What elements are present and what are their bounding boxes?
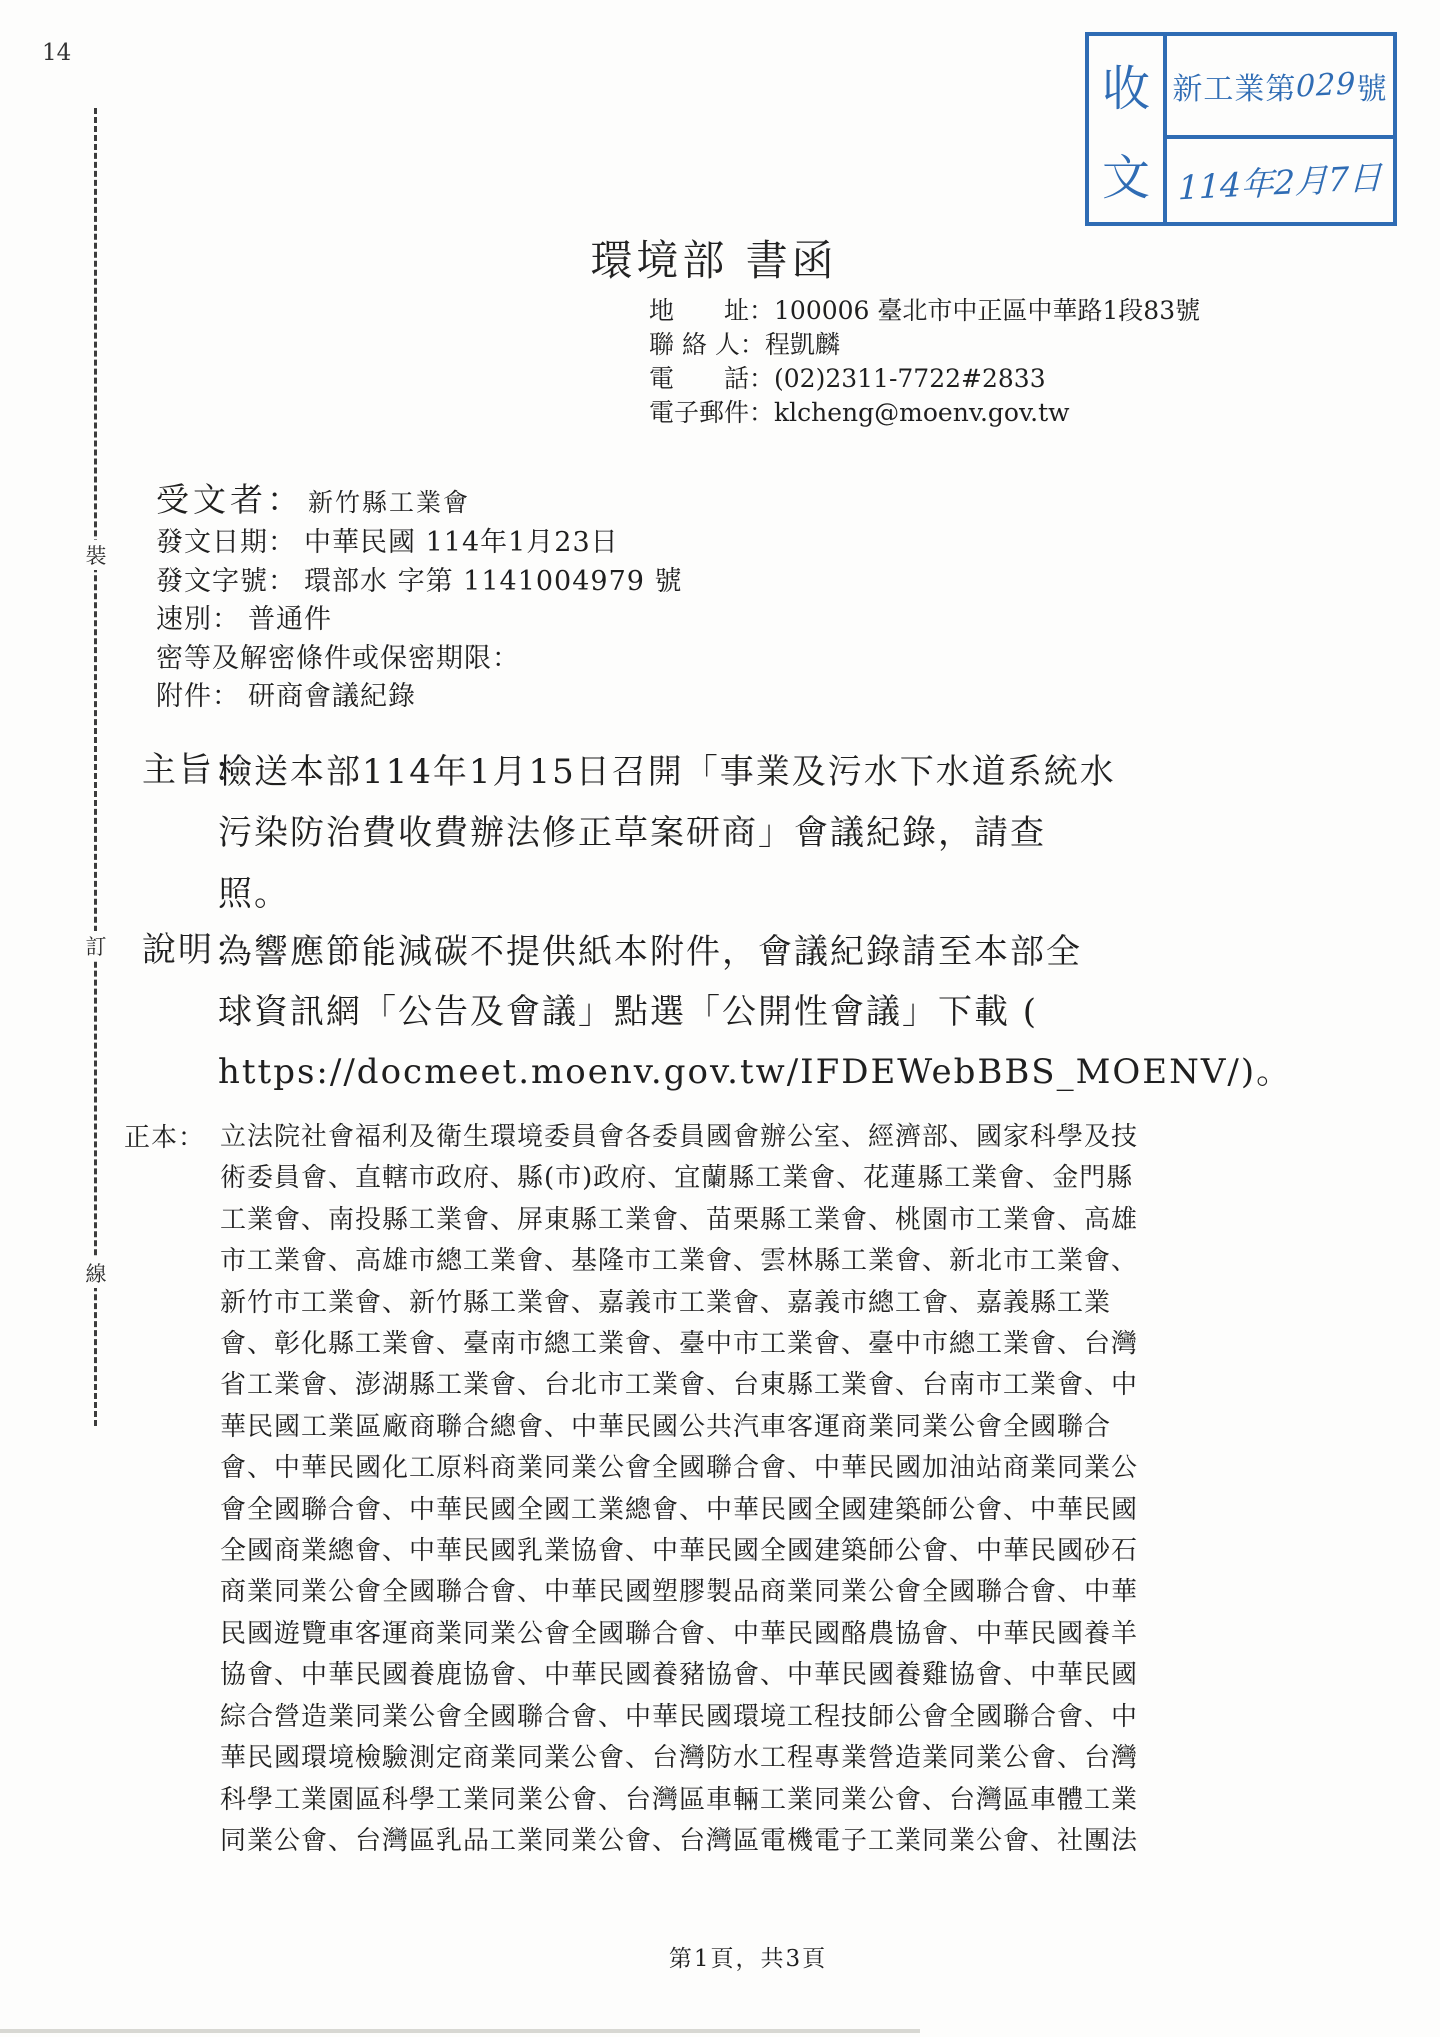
phone-label: 電 話： bbox=[649, 362, 774, 396]
speed-value: 普通件 bbox=[248, 604, 332, 635]
address-value: 100006 臺北市中正區中華路1段83號 bbox=[774, 296, 1200, 325]
page-footer: 第1頁，共3頁 bbox=[0, 1940, 1440, 1973]
copies-line: 華民國工業區廠商聯合總會、中華民國公共汽車客運商業同業公會全國聯合 bbox=[220, 1407, 1138, 1448]
attachment-label: 附件： bbox=[156, 681, 240, 712]
issue-date-value: 中華民國 114年1月23日 bbox=[304, 527, 619, 558]
meta-row-issue-date: 發文日期：中華民國 114年1月23日 bbox=[156, 524, 683, 563]
copies-line: 會、彰化縣工業會、臺南市總工業會、臺中市工業會、臺中市總工業會、台灣 bbox=[220, 1324, 1138, 1365]
subject-line: 檢送本部114年1月15日召開「事業及污水下水道系統水 bbox=[218, 742, 1116, 803]
meta-row-speed: 速別：普通件 bbox=[156, 601, 683, 640]
copies-line: 協會、中華民國養鹿協會、中華民國養豬協會、中華民國養雞協會、中華民國 bbox=[220, 1655, 1138, 1696]
recipient-value: 新竹縣工業會 bbox=[308, 488, 470, 517]
phone-value: (02)2311-7722#2833 bbox=[774, 364, 1046, 393]
recipient-label: 受文者： bbox=[156, 480, 304, 519]
copies-section: 正本： 立法院社會福利及衛生環境委員會各委員國會辦公室、經濟部、國家科學及技術委… bbox=[124, 1117, 1138, 1862]
binding-mark-zhuang: 裝 bbox=[80, 540, 112, 570]
meta-row-attachment: 附件：研商會議紀錄 bbox=[156, 678, 683, 717]
description-section: 說明： 為響應節能減碳不提供紙本附件，會議紀錄請至本部全球資訊網「公告及會議」點… bbox=[142, 922, 1292, 1102]
copies-line: 新竹市工業會、新竹縣工業會、嘉義市工業會、嘉義市總工會、嘉義縣工業 bbox=[220, 1283, 1138, 1324]
description-line: 球資訊網「公告及會議」點選「公開性會議」下載 ( bbox=[218, 982, 1292, 1042]
meta-row-security: 密等及解密條件或保密期限： bbox=[156, 640, 683, 679]
document-title: 環境部 書函 bbox=[0, 228, 1428, 288]
copies-line: 工業會、南投縣工業會、屏東縣工業會、苗栗縣工業會、桃園市工業會、高雄 bbox=[220, 1200, 1138, 1241]
received-stamp: 收 文 新工業第 029 號 114年2月7日 bbox=[1085, 32, 1397, 226]
stamp-number-prefix: 新工業第 bbox=[1172, 64, 1296, 108]
copies-lines: 立法院社會福利及衛生環境委員會各委員國會辦公室、經濟部、國家科學及技術委員會、直… bbox=[220, 1117, 1138, 1862]
stamp-label-bottom: 文 bbox=[1102, 139, 1150, 208]
attachment-value: 研商會議紀錄 bbox=[248, 681, 416, 712]
copies-line: 綜合營造業同業公會全國聯合會、中華民國環境工程技師公會全國聯合會、中 bbox=[220, 1697, 1138, 1738]
binding-mark-ding: 訂 bbox=[80, 931, 112, 961]
description-line: https://docmeet.moenv.gov.tw/IFDEWebBBS_… bbox=[218, 1042, 1292, 1102]
subject-lines: 檢送本部114年1月15日召開「事業及污水下水道系統水污染防治費收費辦法修正草案… bbox=[218, 742, 1116, 925]
contact-row-person: 聯 絡 人：程凱麟 bbox=[649, 328, 1200, 362]
description-lines: 為響應節能減碳不提供紙本附件，會議紀錄請至本部全球資訊網「公告及會議」點選「公開… bbox=[218, 922, 1292, 1102]
subject-label: 主旨： bbox=[142, 742, 250, 791]
copies-line: 術委員會、直轄市政府、縣(市)政府、宜蘭縣工業會、花蓮縣工業會、金門縣 bbox=[220, 1158, 1138, 1199]
stamp-right-panel: 新工業第 029 號 114年2月7日 bbox=[1167, 36, 1393, 222]
contact-person-label: 聯 絡 人： bbox=[649, 328, 765, 362]
contact-row-address: 地 址：100006 臺北市中正區中華路1段83號 bbox=[649, 294, 1200, 328]
contact-block: 地 址：100006 臺北市中正區中華路1段83號 聯 絡 人：程凱麟 電 話：… bbox=[649, 294, 1200, 430]
recipient-row: 受文者：新竹縣工業會 bbox=[156, 474, 470, 521]
doc-number-value: 環部水 字第 1141004979 號 bbox=[304, 566, 683, 597]
stamp-date-row: 114年2月7日 bbox=[1167, 139, 1393, 222]
copies-line: 市工業會、高雄市總工業會、基隆市工業會、雲林縣工業會、新北市工業會、 bbox=[220, 1241, 1138, 1282]
stamp-label-top: 收 bbox=[1102, 50, 1150, 119]
contact-row-phone: 電 話：(02)2311-7722#2833 bbox=[649, 362, 1200, 396]
address-label: 地 址： bbox=[649, 294, 774, 328]
email-label: 電子郵件： bbox=[649, 396, 774, 430]
meta-block: 發文日期：中華民國 114年1月23日 發文字號：環部水 字第 11410049… bbox=[156, 524, 683, 717]
scan-edge-artifact bbox=[0, 2029, 920, 2033]
subject-section: 主旨： 檢送本部114年1月15日召開「事業及污水下水道系統水污染防治費收費辦法… bbox=[142, 742, 1116, 925]
copies-line: 全國商業總會、中華民國乳業協會、中華民國全國建築師公會、中華民國砂石 bbox=[220, 1531, 1138, 1572]
copies-line: 省工業會、澎湖縣工業會、台北市工業會、台東縣工業會、台南市工業會、中 bbox=[220, 1365, 1138, 1406]
contact-row-email: 電子郵件：klcheng@moenv.gov.tw bbox=[649, 396, 1200, 430]
page-number: 14 bbox=[42, 40, 71, 66]
security-label: 密等及解密條件或保密期限： bbox=[156, 643, 520, 674]
copies-line: 科學工業園區科學工業同業公會、台灣區車輛工業同業公會、台灣區車體工業 bbox=[220, 1780, 1138, 1821]
copies-line: 華民國環境檢驗測定商業同業公會、台灣防水工程專業營造業同業公會、台灣 bbox=[220, 1738, 1138, 1779]
copies-line: 會、中華民國化工原料商業同業公會全國聯合會、中華民國加油站商業同業公 bbox=[220, 1448, 1138, 1489]
meta-row-doc-number: 發文字號：環部水 字第 1141004979 號 bbox=[156, 563, 683, 602]
stamp-receive-label: 收 文 bbox=[1089, 36, 1167, 222]
issue-date-label: 發文日期： bbox=[156, 527, 296, 558]
scanned-letter-page: 14 裝 訂 線 收 文 新工業第 029 號 114年2月7日 環境部 書函 … bbox=[0, 0, 1440, 2037]
stamp-number-handwritten: 029 bbox=[1296, 67, 1357, 105]
doc-number-label: 發文字號： bbox=[156, 566, 296, 597]
copies-label: 正本： bbox=[124, 1117, 205, 1154]
description-label: 說明： bbox=[142, 922, 250, 971]
email-value: klcheng@moenv.gov.tw bbox=[774, 398, 1070, 427]
binding-margin-dashed-line bbox=[94, 108, 97, 1426]
copies-line: 同業公會、台灣區乳品工業同業公會、台灣區電機電子工業同業公會、社團法 bbox=[220, 1821, 1138, 1862]
description-line: 為響應節能減碳不提供紙本附件，會議紀錄請至本部全 bbox=[218, 922, 1292, 982]
copies-line: 會全國聯合會、中華民國全國工業總會、中華民國全國建築師公會、中華民國 bbox=[220, 1490, 1138, 1531]
binding-mark-xian: 線 bbox=[80, 1258, 112, 1288]
copies-line: 立法院社會福利及衛生環境委員會各委員國會辦公室、經濟部、國家科學及技 bbox=[220, 1117, 1138, 1158]
speed-label: 速別： bbox=[156, 604, 240, 635]
subject-line: 照。 bbox=[218, 864, 1116, 925]
stamp-number-suffix: 號 bbox=[1357, 64, 1388, 108]
stamp-doc-number: 新工業第 029 號 bbox=[1167, 36, 1393, 139]
subject-line: 污染防治費收費辦法修正草案研商」會議紀錄，請查 bbox=[218, 803, 1116, 864]
copies-line: 民國遊覽車客運商業同業公會全國聯合會、中華民國酪農協會、中華民國養羊 bbox=[220, 1614, 1138, 1655]
contact-person-value: 程凱麟 bbox=[765, 330, 840, 359]
copies-line: 商業同業公會全國聯合會、中華民國塑膠製品商業同業公會全國聯合會、中華 bbox=[220, 1572, 1138, 1613]
stamp-date-handwritten: 114年2月7日 bbox=[1178, 152, 1383, 210]
